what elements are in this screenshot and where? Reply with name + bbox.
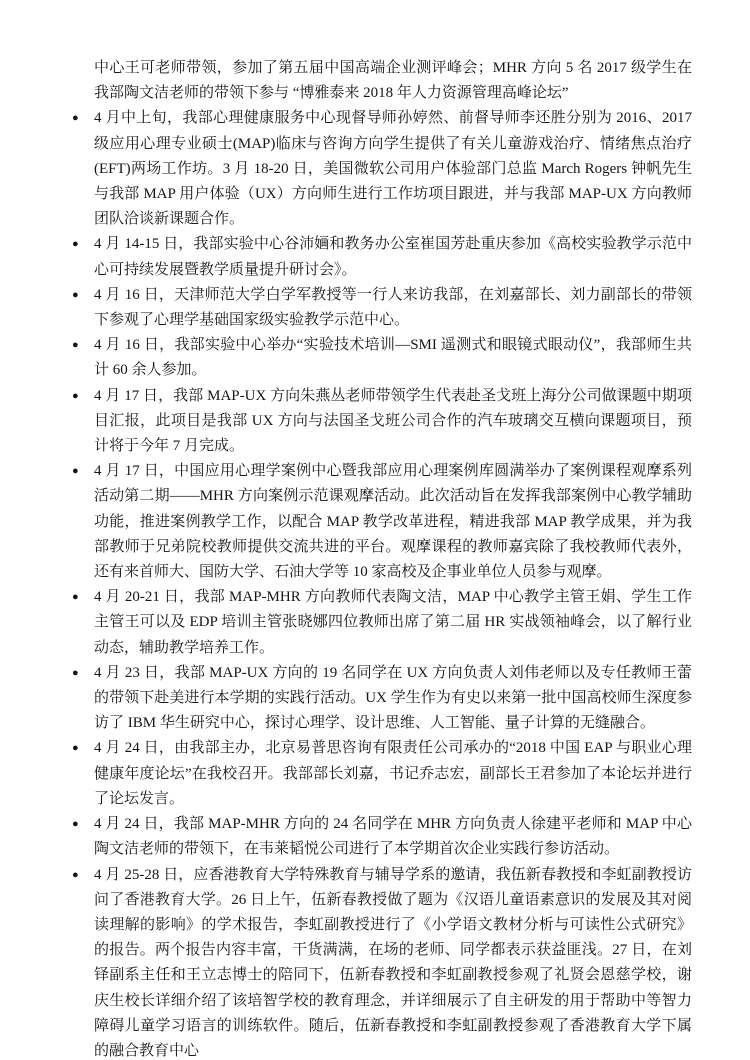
list-item-text: 4 月 20-21 日，我部 MAP-MHR 方向教师代表陶文洁，MAP 中心教… bbox=[94, 585, 692, 661]
bullet-icon: ● bbox=[72, 863, 94, 888]
continuation-paragraph: 中心王可老师带领，参加了第五届中国高端企业测评峰会；MHR 方向 5 名 201… bbox=[94, 56, 692, 106]
list-item-text: 4 月 17 日，中国应用心理学案例中心暨我部应用心理案例库圆满举办了案例课程观… bbox=[94, 459, 692, 585]
bullet-icon: ● bbox=[72, 585, 94, 610]
list-item-text: 4 月 16 日，天津师范大学白学军教授等一行人来访我部，在刘嘉部长、刘力副部长… bbox=[94, 283, 692, 333]
list-item-text: 4 月 24 日，我部 MAP-MHR 方向的 24 名同学在 MHR 方向负责… bbox=[94, 812, 692, 862]
bullet-icon: ● bbox=[72, 661, 94, 686]
bullet-icon: ● bbox=[72, 812, 94, 837]
bullet-list: ● 4 月中上旬，我部心理健康服务中心现督导师孙婷然、前督导师李还胜分别为 20… bbox=[72, 106, 692, 1060]
list-item-text: 4 月 16 日，我部实验中心举办“实验技术培训—SMI 遥测式和眼镜式眼动仪”… bbox=[94, 333, 692, 383]
bullet-icon: ● bbox=[72, 106, 94, 131]
list-item-text: 4 月 24 日，由我部主办，北京易普思咨询有限责任公司承办的“2018 中国 … bbox=[94, 736, 692, 812]
list-item-text: 4 月 23 日，我部 MAP-UX 方向的 19 名同学在 UX 方向负责人刘… bbox=[94, 661, 692, 737]
document-page: 中心王可老师带领，参加了第五届中国高端企业测评峰会；MHR 方向 5 名 201… bbox=[0, 0, 750, 1060]
list-item-text: 4 月 25-28 日，应香港教育大学特殊教育与辅导学系的邀请，我伍新春教授和李… bbox=[94, 863, 692, 1060]
bullet-icon: ● bbox=[72, 283, 94, 308]
document-content: 中心王可老师带领，参加了第五届中国高端企业测评峰会；MHR 方向 5 名 201… bbox=[72, 56, 692, 1060]
bullet-icon: ● bbox=[72, 232, 94, 257]
list-item: ● 4 月 17 日，中国应用心理学案例中心暨我部应用心理案例库圆满举办了案例课… bbox=[72, 459, 692, 585]
list-item: ● 4 月 24 日，由我部主办，北京易普思咨询有限责任公司承办的“2018 中… bbox=[72, 736, 692, 812]
list-item: ● 4 月 17 日，我部 MAP-UX 方向朱燕丛老师带领学生代表赴圣戈班上海… bbox=[72, 384, 692, 460]
list-item: ● 4 月 23 日，我部 MAP-UX 方向的 19 名同学在 UX 方向负责… bbox=[72, 661, 692, 737]
list-item: ● 4 月 24 日，我部 MAP-MHR 方向的 24 名同学在 MHR 方向… bbox=[72, 812, 692, 862]
list-item: ● 4 月 20-21 日，我部 MAP-MHR 方向教师代表陶文洁，MAP 中… bbox=[72, 585, 692, 661]
bullet-icon: ● bbox=[72, 736, 94, 761]
list-item-text: 4 月 14-15 日，我部实验中心谷沛婳和教务办公室崔国芳赴重庆参加《高校实验… bbox=[94, 232, 692, 282]
list-item-text: 4 月 17 日，我部 MAP-UX 方向朱燕丛老师带领学生代表赴圣戈班上海分公… bbox=[94, 384, 692, 460]
bullet-icon: ● bbox=[72, 333, 94, 358]
list-item: ● 4 月 16 日，我部实验中心举办“实验技术培训—SMI 遥测式和眼镜式眼动… bbox=[72, 333, 692, 383]
list-item: ● 4 月 25-28 日，应香港教育大学特殊教育与辅导学系的邀请，我伍新春教授… bbox=[72, 863, 692, 1060]
list-item: ● 4 月中上旬，我部心理健康服务中心现督导师孙婷然、前督导师李还胜分别为 20… bbox=[72, 106, 692, 232]
list-item: ● 4 月 14-15 日，我部实验中心谷沛婳和教务办公室崔国芳赴重庆参加《高校… bbox=[72, 232, 692, 282]
list-item: ● 4 月 16 日，天津师范大学白学军教授等一行人来访我部，在刘嘉部长、刘力副… bbox=[72, 283, 692, 333]
bullet-icon: ● bbox=[72, 459, 94, 484]
list-item-text: 4 月中上旬，我部心理健康服务中心现督导师孙婷然、前督导师李还胜分别为 2016… bbox=[94, 106, 692, 232]
bullet-icon: ● bbox=[72, 384, 94, 409]
